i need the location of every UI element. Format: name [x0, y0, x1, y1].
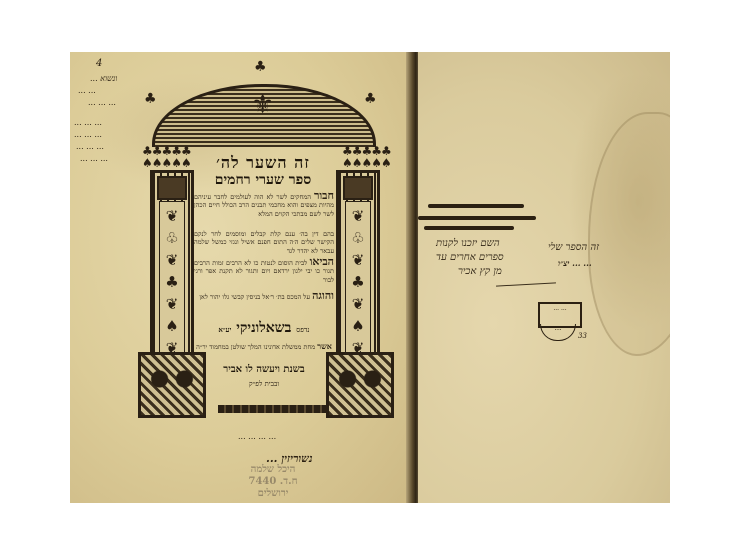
- margin-note: ... ... ...: [76, 142, 104, 151]
- handwritten-note: השם יזכנו לקנות: [436, 238, 500, 249]
- right-page: השם יזכנו לקנות ספרים אחרים עד מן קץ אכי…: [418, 52, 670, 503]
- ornamental-bar: [218, 405, 326, 413]
- left-pillar: ❦♧❦♣❦♠❦: [150, 170, 194, 366]
- margin-note: ... ... ...: [74, 130, 102, 139]
- year-line: בשנת ויעשה לו אביר: [194, 364, 334, 375]
- book-spread-photo: 4 ונשוא ... ... ... ... ... ... ... ... …: [70, 52, 670, 503]
- finial-icon: ♣: [144, 92, 157, 106]
- title-block: זה השער לה׳ ספר שערי רחמים: [198, 154, 328, 189]
- margin-note: ... ...: [78, 86, 96, 95]
- grape-cluster-ornament: ♠♠♠♠♠: [142, 156, 191, 170]
- vine-ornament: ❦♧❦♣❦♠❦: [348, 205, 368, 359]
- handwritten-note: ... ... יצ״ו: [558, 258, 592, 268]
- text-block: הביאו לבית הוסום לנטות כו לא הרבים זמות …: [194, 258, 334, 284]
- handwritten-note: מן קץ אכיר: [458, 266, 502, 277]
- margin-note: ... ... ...: [88, 98, 116, 107]
- vine-ornament: ❦♧❦♣❦♠❦: [162, 205, 182, 359]
- pillar-capital: [343, 176, 373, 200]
- ownership-signature: זה הספר שלי: [548, 242, 599, 253]
- crossed-out-text: [424, 226, 514, 230]
- crossed-out-text: [418, 216, 536, 220]
- margin-note: ... ... ...: [74, 118, 102, 127]
- handwritten-note: ספרים אחרים עד: [436, 252, 504, 263]
- text-block: והוגה על המכס בת׳ ר׳אל בניסין קבשי גלו י…: [194, 292, 334, 301]
- finial-icon: ♣: [254, 60, 267, 74]
- title-line-1: זה השער לה׳: [198, 154, 328, 172]
- finial-icon: ♣: [364, 92, 377, 106]
- pillar-capital: [157, 176, 187, 200]
- lead-word: חבור: [314, 189, 334, 202]
- page-number: 4: [96, 58, 102, 69]
- lead-word: הביאו: [310, 255, 334, 268]
- left-page: 4 ונשוא ... ... ... ... ... ... ... ... …: [70, 52, 410, 503]
- margin-note: ... ... ...: [80, 154, 108, 163]
- lead-word: והוגה: [312, 289, 334, 302]
- text-block: אשר מחת ממשלת אדונינו המלך שולטן במחמוד …: [194, 342, 334, 351]
- grape-cluster-ornament: ♠♠♠♠♠: [342, 156, 391, 170]
- fleur-de-lis-icon: ⚜: [251, 92, 274, 118]
- crossed-out-text: [428, 204, 524, 208]
- text-block: חבור המחקים לשר לא הוה לעולמים לחבר עיני…: [194, 192, 334, 218]
- library-stamp: היכל שלמה ח.ד. 7440 ירושלים: [228, 464, 318, 500]
- margin-note: ונשוא ...: [90, 74, 117, 83]
- handwritten-number: 33: [578, 332, 587, 340]
- right-pillar-base: [326, 352, 394, 418]
- oval-mark: ...: [540, 324, 576, 341]
- handwritten-note: ... ... ... ...: [238, 432, 276, 441]
- book-title: ספר שערי רחמים: [198, 172, 328, 189]
- colophon: ובבית לפ״ק: [194, 380, 334, 388]
- right-pillar: ❦♧❦♣❦♠❦: [336, 170, 380, 366]
- printing-place: נדפס בשאלוניקי יע״א: [194, 320, 334, 337]
- lead-word: אשר: [317, 341, 332, 351]
- underline-stroke: [496, 282, 556, 286]
- text-block: בהם דין בה׳ ענם קלת קבלים ומוסמים לחר לנ…: [194, 230, 334, 255]
